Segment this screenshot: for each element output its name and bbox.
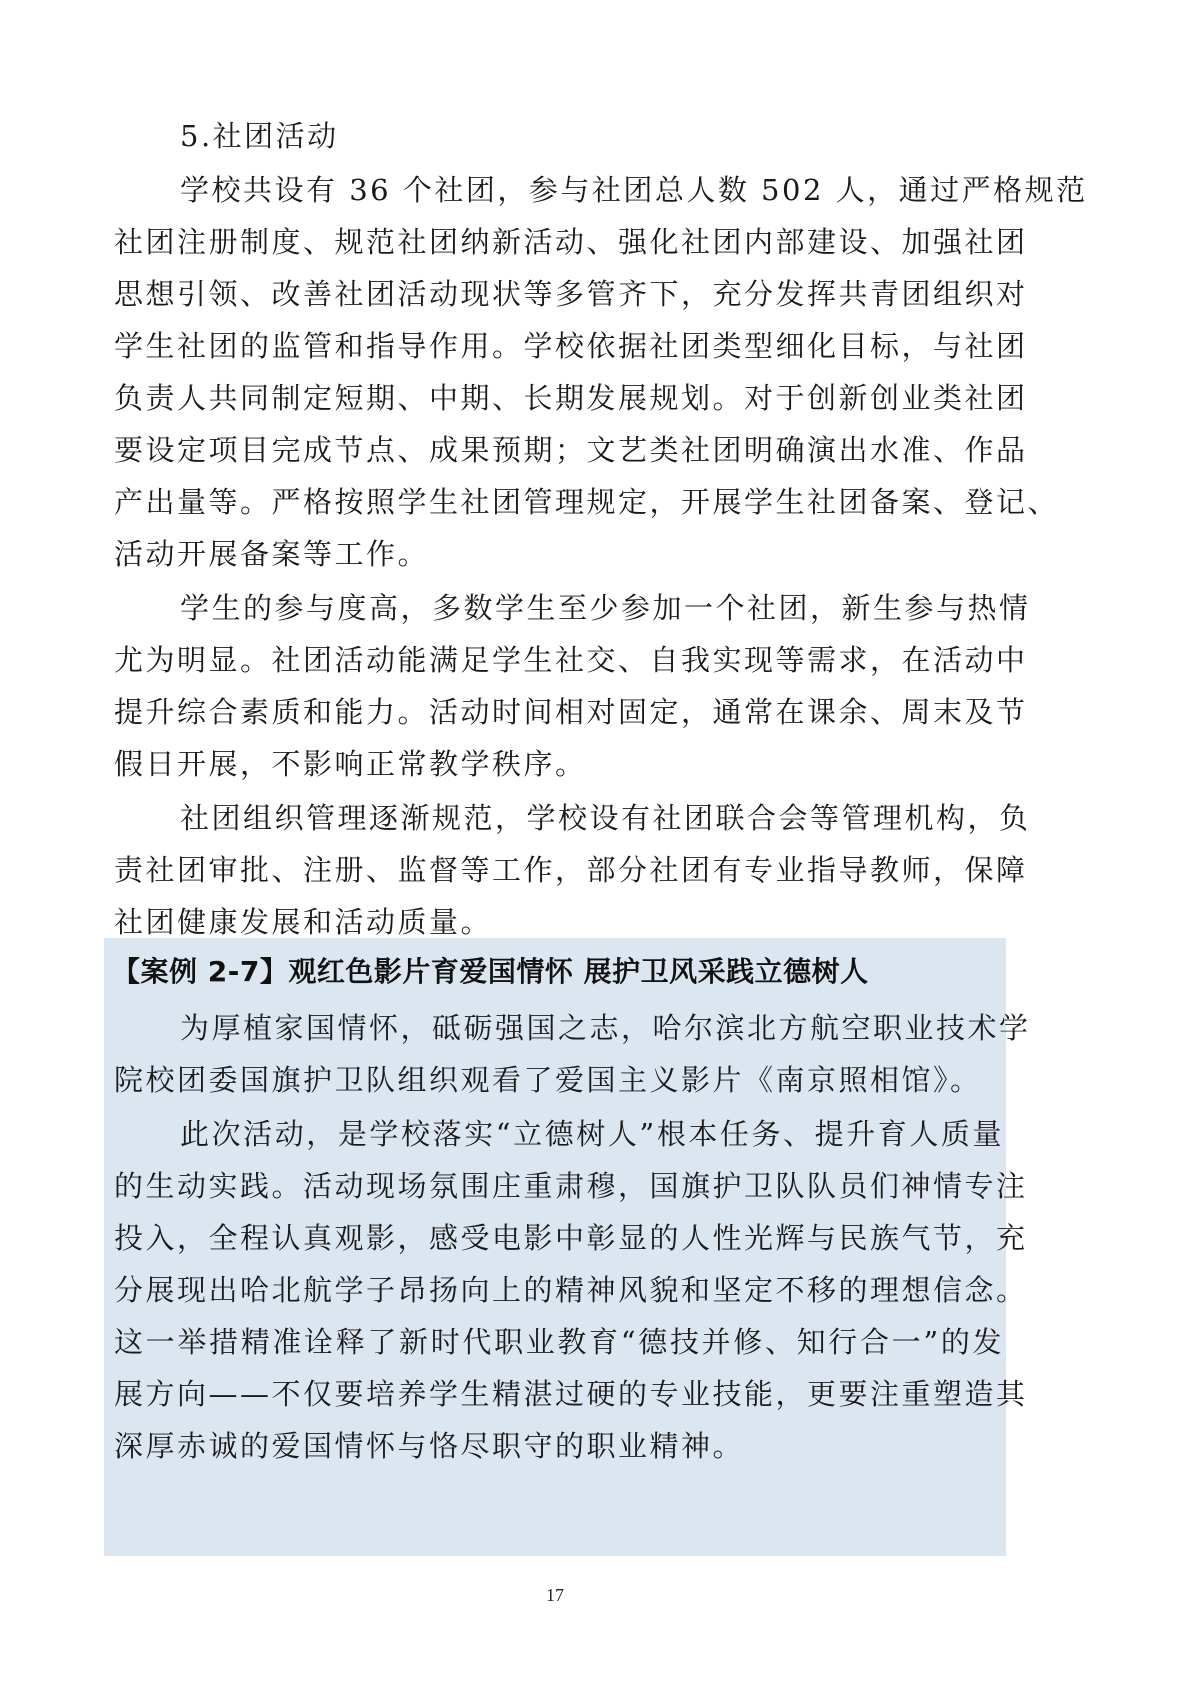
paragraph-line: 学生社团的监管和指导作用。学校依据社团类型细化目标，与社团 — [114, 318, 1004, 374]
paragraph-line: 社团注册制度、规范社团纳新活动、强化社团内部建设、加强社团 — [114, 214, 1004, 270]
case-study-title: 【案例 2-7】观红色影片育爱国情怀 展护卫风采践立德树人 — [112, 944, 869, 1000]
case-paragraph-line: 深厚赤诚的爱国情怀与恪尽职守的职业精神。 — [114, 1418, 1004, 1474]
case-paragraph-line: 的生动实践。活动现场氛围庄重肃穆，国旗护卫队队员们神情专注 — [114, 1158, 1004, 1214]
paragraph-line: 要设定项目完成节点、成果预期；文艺类社团明确演出水准、作品 — [114, 422, 1004, 478]
paragraph-line: 假日开展，不影响正常教学秩序。 — [114, 736, 1004, 792]
page-number: 17 — [0, 1585, 1110, 1606]
case-paragraph-line: 投入，全程认真观影，感受电影中彰显的人性光辉与民族气节，充 — [114, 1210, 1004, 1266]
paragraph-line: 活动开展备案等工作。 — [114, 526, 1004, 582]
paragraph-line: 学校共设有 36 个社团，参与社团总人数 502 人，通过严格规范 — [180, 162, 1004, 218]
case-paragraph-line: 此次活动，是学校落实“立德树人”根本任务、提升育人质量 — [180, 1106, 1004, 1162]
case-paragraph-line: 院校团委国旗护卫队组织观看了爱国主义影片《南京照相馆》。 — [114, 1052, 1004, 1108]
paragraph-line: 产出量等。严格按照学生社团管理规定，开展学生社团备案、登记、 — [114, 474, 1004, 530]
case-paragraph-line: 为厚植家国情怀，砥砺强国之志，哈尔滨北方航空职业技术学 — [180, 1000, 1004, 1056]
paragraph-line: 责社团审批、注册、监督等工作，部分社团有专业指导教师，保障 — [114, 842, 1004, 898]
paragraph-line: 社团组织管理逐渐规范，学校设有社团联合会等管理机构，负 — [180, 790, 1004, 846]
paragraph-line: 提升综合素质和能力。活动时间相对固定，通常在课余、周末及节 — [114, 684, 1004, 740]
paragraph-line: 尤为明显。社团活动能满足学生社交、自我实现等需求，在活动中 — [114, 632, 1004, 688]
case-paragraph-line: 这一举措精准诠释了新时代职业教育“德技并修、知行合一”的发 — [114, 1314, 1004, 1370]
paragraph-line: 负责人共同制定短期、中期、长期发展规划。对于创新创业类社团 — [114, 370, 1004, 426]
document-page: 5.社团活动 学校共设有 36 个社团，参与社团总人数 502 人，通过严格规范… — [0, 0, 1190, 1683]
paragraph-line: 学生的参与度高，多数学生至少参加一个社团，新生参与热情 — [180, 580, 1004, 636]
paragraph-line: 思想引领、改善社团活动现状等多管齐下，充分发挥共青团组织对 — [114, 266, 1004, 322]
case-paragraph-line: 展方向——不仅要培养学生精湛过硬的专业技能，更要注重塑造其 — [114, 1366, 1004, 1422]
section-heading: 5.社团活动 — [180, 108, 1004, 164]
case-paragraph-line: 分展现出哈北航学子昂扬向上的精神风貌和坚定不移的理想信念。 — [114, 1262, 1004, 1318]
